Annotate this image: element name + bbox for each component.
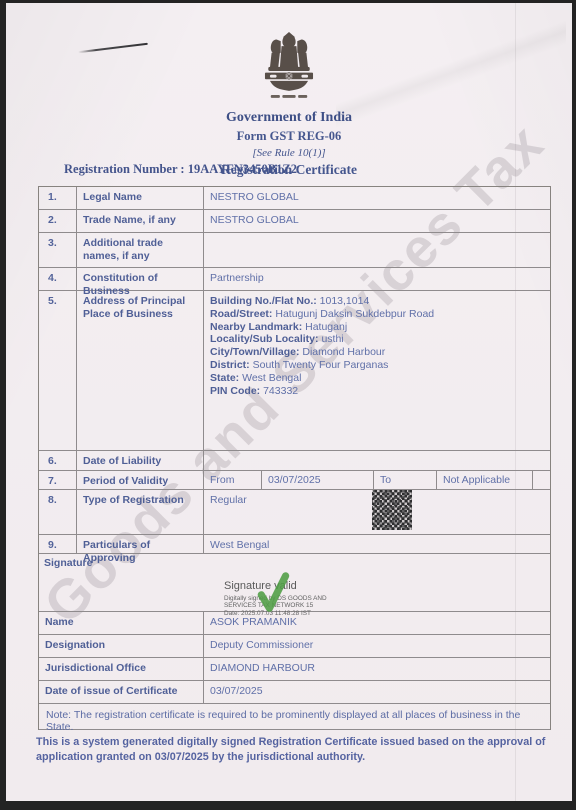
address-block: Building No./Flat No.: 1013,1014 Road/St… <box>204 291 550 450</box>
title-form-name: Form GST REG-06 <box>6 129 572 144</box>
table-row-legal-name: 1. Legal Name NESTRO GLOBAL <box>39 187 550 210</box>
address-field-value: West Bengal <box>239 372 301 384</box>
address-field-label: City/Town/Village: <box>210 346 299 358</box>
row-number: 4. <box>39 268 77 290</box>
address-field-label: Locality/Sub Locality: <box>210 333 319 345</box>
row-number: 8. <box>39 490 77 534</box>
row-label: Designation <box>39 635 204 657</box>
address-field-value: usthi <box>319 333 344 345</box>
state-emblem-of-india-icon <box>260 31 318 106</box>
address-field-value: 743332 <box>260 385 298 397</box>
row-value <box>204 233 550 267</box>
row-label: Additional trade names, if any <box>77 233 204 267</box>
signature-label: Signature <box>44 557 92 569</box>
row-label: Date of Liability <box>77 451 204 470</box>
table-row-additional-trade-names: 3. Additional trade names, if any <box>39 233 550 268</box>
address-field-value: Hatugunj Daksin Sukdebpur Road <box>272 308 434 320</box>
row-value: Partnership <box>204 268 550 290</box>
table-row-constitution: 4. Constitution of Business Partnership <box>39 268 550 291</box>
address-field-label: Building No./Flat No.: <box>210 295 317 307</box>
address-line: Road/Street: Hatugunj Daksin Sukdebpur R… <box>210 308 544 321</box>
table-row-type-of-registration: 8. Type of Registration Regular <box>39 490 550 535</box>
row-value: NESTRO GLOBAL <box>204 187 550 209</box>
row-value: West Bengal <box>204 535 550 553</box>
row-value <box>204 451 550 470</box>
row-label: Legal Name <box>77 187 204 209</box>
address-field-label: State: <box>210 372 239 384</box>
note-row: Note: The registration certificate is re… <box>39 704 550 730</box>
table-row-particulars-of-approving: 9. Particulars of Approving West Bengal <box>39 535 550 554</box>
validity-empty-cell <box>533 471 550 489</box>
table-row-trade-name: 2. Trade Name, if any NESTRO GLOBAL <box>39 210 550 233</box>
scanned-certificate-page: Goods and Services Tax <box>6 3 572 801</box>
address-field-value: Diamond Harbour <box>299 346 385 358</box>
footer-statement: This is a system generated digitally sig… <box>36 735 558 764</box>
row-number: 6. <box>39 451 77 470</box>
row-number: 2. <box>39 210 77 232</box>
validity-from-label: From <box>204 471 262 489</box>
row-label: Type of Registration <box>77 490 204 534</box>
table-row-jurisdictional-office: Jurisdictional Office DIAMOND HARBOUR <box>39 658 550 681</box>
row-number: 7. <box>39 471 77 489</box>
validity-from-date: 03/07/2025 <box>262 471 374 489</box>
row-label: Date of issue of Certificate <box>39 681 204 703</box>
row-label: Trade Name, if any <box>77 210 204 232</box>
row-value: 03/07/2025 <box>204 681 550 703</box>
row-value: NESTRO GLOBAL <box>204 210 550 232</box>
validity-to-value: Not Applicable <box>437 471 533 489</box>
row-value: Deputy Commissioner <box>204 635 550 657</box>
table-row-date-of-issue: Date of issue of Certificate 03/07/2025 <box>39 681 550 704</box>
table-row-designation: Designation Deputy Commissioner <box>39 635 550 658</box>
certificate-header: Government of India Form GST REG-06 [See… <box>6 31 572 178</box>
address-line: Nearby Landmark: Hatuganj <box>210 321 544 334</box>
address-line: District: South Twenty Four Parganas <box>210 359 544 372</box>
address-field-label: Nearby Landmark: <box>210 321 302 333</box>
registration-number: Registration Number : 19AAYFN3450B1Z2 <box>64 162 297 177</box>
title-government-of-india: Government of India <box>6 110 572 126</box>
certificate-table: 1. Legal Name NESTRO GLOBAL 2. Trade Nam… <box>38 186 551 730</box>
table-row-period-of-validity: 7. Period of Validity From 03/07/2025 To… <box>39 471 550 490</box>
qr-code <box>372 490 412 530</box>
row-label: Jurisdictional Office <box>39 658 204 680</box>
registration-type-value: Regular <box>210 494 247 506</box>
row-label: Name <box>39 612 204 634</box>
row-number: 1. <box>39 187 77 209</box>
address-field-value: 1013,1014 <box>317 295 370 307</box>
row-number: 3. <box>39 233 77 267</box>
address-field-label: PIN Code: <box>210 385 260 397</box>
validity-to-label: To <box>374 471 437 489</box>
row-label: Address of Principal Place of Business <box>77 291 204 450</box>
row-label: Period of Validity <box>77 471 204 489</box>
row-number: 5. <box>39 291 77 450</box>
address-line: Building No./Flat No.: 1013,1014 <box>210 295 544 308</box>
row-label: Constitution of Business <box>77 268 204 290</box>
address-line: State: West Bengal <box>210 372 544 385</box>
check-icon <box>255 572 291 617</box>
address-line: PIN Code: 743332 <box>210 385 544 398</box>
address-line: City/Town/Village: Diamond Harbour <box>210 346 544 359</box>
row-label: Particulars of Approving <box>77 535 204 553</box>
address-field-value: Hatuganj <box>302 321 347 333</box>
row-value: Regular <box>204 490 550 534</box>
row-value: DIAMOND HARBOUR <box>204 658 550 680</box>
address-field-label: District: <box>210 359 250 371</box>
table-row-address: 5. Address of Principal Place of Busines… <box>39 291 550 451</box>
title-rule-reference: [See Rule 10(1)] <box>6 147 572 159</box>
signature-section: Signature Signature valid Digitally sign… <box>39 554 550 612</box>
row-number: 9. <box>39 535 77 553</box>
table-row-date-of-liability: 6. Date of Liability <box>39 451 550 471</box>
address-line: Locality/Sub Locality: usthi <box>210 333 544 346</box>
validity-cells: From 03/07/2025 To Not Applicable <box>204 471 550 489</box>
address-field-label: Road/Street: <box>210 308 272 320</box>
address-field-value: South Twenty Four Parganas <box>250 359 389 371</box>
